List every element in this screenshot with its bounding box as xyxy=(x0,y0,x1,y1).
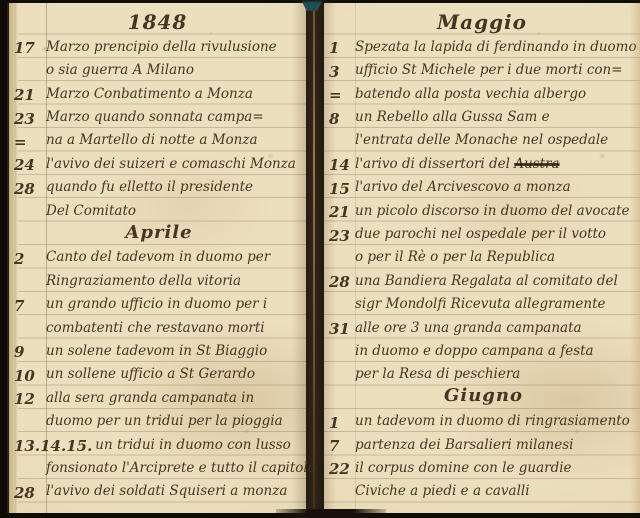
entry-text: un sollene ufficio a St Gerardo xyxy=(43,368,306,384)
entry-text: Marzo quando sonnata campa= xyxy=(43,111,306,127)
day-number: 28 xyxy=(324,275,352,290)
entry-text: sigr Mondolfi Ricevuta allegramente xyxy=(352,298,640,314)
diary-line: Giugno xyxy=(324,384,640,407)
entry-text: combatenti che restavano morti xyxy=(43,322,306,338)
day-number: 17 xyxy=(9,41,43,56)
day-number: 23 xyxy=(9,112,43,127)
entry-text-main: un solene tadevom in St Biaggio xyxy=(46,343,267,359)
day-number: = xyxy=(9,135,43,150)
diary-line: 31 alle ore 3 una granda campanata xyxy=(324,314,640,337)
entry-text: l'avivo dei soldati Squiseri a monza xyxy=(43,485,306,501)
diary-line: 23 Marzo quando sonnata campa= xyxy=(9,103,306,126)
day-number: 2 xyxy=(9,252,43,267)
diary-line: 3 ufficio St Michele per i due morti con… xyxy=(324,56,640,79)
diary-line: l'entrata delle Monache nel ospedale xyxy=(324,127,640,150)
entry-text-main: un tridui in duomo con lusso xyxy=(95,437,290,453)
entry-text-main: un sollene ufficio a St Gerardo xyxy=(46,366,255,382)
diary-line: 28 una Bandiera Regalata al comitato del xyxy=(324,267,640,290)
entry-text-main: l'avivo dei soldati Squiseri a monza xyxy=(46,483,287,499)
day-number: 1 xyxy=(324,416,352,431)
diary-line: = na a Martello di notte a Monza xyxy=(9,127,306,150)
entry-text: il corpus domine con le guardie xyxy=(352,462,640,478)
diary-line: 13.14.15. un tridui in duomo con lusso xyxy=(9,431,306,454)
entry-text: Ringraziamento della vitoria xyxy=(43,275,306,291)
diary-line: 10 un sollene ufficio a St Gerardo xyxy=(9,360,306,383)
entry-text: o per il Rè o per la Republica xyxy=(352,251,640,267)
day-number: 21 xyxy=(9,88,43,103)
entry-text: batendo alla posta vechia albergo xyxy=(352,88,640,104)
entry-text: Marzo Conbatimento a Monza xyxy=(43,88,306,104)
page-edge-highlight xyxy=(630,3,640,513)
gutter-crease xyxy=(313,0,315,518)
entry-text: Civiche a piedi e a cavalli xyxy=(352,485,640,501)
entry-text: Marzo prencipio della rivulusione xyxy=(43,41,306,57)
day-number: 28 xyxy=(9,486,43,501)
diary-line: o per il Rè o per la Republica xyxy=(324,244,640,267)
diary-line: 8 un Rebello alla Gussa Sam e xyxy=(324,103,640,126)
day-number: = xyxy=(324,88,352,103)
entry-text-main: l'entrata delle Monache nel ospedale xyxy=(355,132,608,148)
diary-line: 17 Marzo prencipio della rivulusione xyxy=(9,33,306,56)
left-page-title: 1848 xyxy=(9,3,306,33)
entry-text: l'arivo di dissertori del Austra xyxy=(352,158,640,174)
entry-text-main: Marzo prencipio della rivulusione xyxy=(46,39,277,55)
entry-text: due parochi nel ospedale per il votto xyxy=(352,228,640,244)
diary-book: 1848 17 Marzo prencipio della rivulusion… xyxy=(0,0,640,518)
entry-text-main: sigr Mondolfi Ricevuta allegramente xyxy=(355,296,606,312)
diary-line: 21 un picolo discorso in duomo del avoca… xyxy=(324,197,640,220)
entry-text-main: alle ore 3 una granda campanata xyxy=(355,320,582,336)
entry-text: fonsionato l'Arciprete e tutto il capito… xyxy=(43,462,316,478)
diary-line: 28 l'avivo dei soldati Squiseri a monza xyxy=(9,477,306,500)
entry-text-main: partenza dei Barsalieri milanesi xyxy=(355,437,573,453)
diary-line: fonsionato l'Arciprete e tutto il capito… xyxy=(9,454,306,477)
entry-text-main: una Bandiera Regalata al comitato del xyxy=(355,273,618,289)
entry-text: Giugno xyxy=(324,387,640,407)
diary-line: 22 il corpus domine con le guardie xyxy=(324,454,640,477)
entry-text: una Bandiera Regalata al comitato del xyxy=(352,275,640,291)
day-number: 14 xyxy=(324,158,352,173)
entry-text-main: ufficio St Michele per i due morti con= xyxy=(355,62,623,78)
diary-line: Aprile xyxy=(9,220,306,243)
diary-line: 7 partenza dei Barsalieri milanesi xyxy=(324,431,640,454)
entry-text-main: l'arivo di dissertori del xyxy=(355,156,514,172)
entry-text: l'avivo dei suizeri e comaschi Monza xyxy=(43,158,306,174)
entry-text: Canto del tadevom in duomo per xyxy=(43,251,306,267)
day-number: 13.14.15. xyxy=(9,439,92,454)
entry-text: un solene tadevom in St Biaggio xyxy=(43,345,306,361)
entry-text-main: o per il Rè o per la Republica xyxy=(355,249,555,265)
entry-text-main: batendo alla posta vechia albergo xyxy=(355,86,586,102)
entry-text: Del Comitato xyxy=(43,205,306,221)
entry-text-main: Aprile xyxy=(125,222,192,243)
diary-line: in duomo e doppo campana a festa xyxy=(324,337,640,360)
diary-line: 28 quando fu elletto il presidente xyxy=(9,173,306,196)
entry-text-main: Spezata la lapida di ferdinando in duomo xyxy=(355,39,637,55)
entry-text-main: due parochi nel ospedale per il votto xyxy=(355,226,606,242)
entry-text-main: per la Resa di peschiera xyxy=(355,366,520,382)
diary-line: = batendo alla posta vechia albergo xyxy=(324,80,640,103)
entry-text-main: un picolo discorso in duomo del avocate xyxy=(355,203,630,219)
day-number: 31 xyxy=(324,322,352,337)
entry-text-main: Civiche a piedi e a cavalli xyxy=(355,483,530,499)
diary-line: sigr Mondolfi Ricevuta allegramente xyxy=(324,290,640,313)
day-number: 22 xyxy=(324,462,352,477)
entry-text-main: Ringraziamento della vitoria xyxy=(46,273,241,289)
entry-text: in duomo e doppo campana a festa xyxy=(352,345,640,361)
entry-text-main: fonsionato l'Arciprete e tutto il capito… xyxy=(46,460,316,476)
entry-text-main: na a Martello di notte a Monza xyxy=(46,132,258,148)
entry-text: na a Martello di notte a Monza xyxy=(43,134,306,150)
entry-text: o sia guerra A Milano xyxy=(43,64,306,80)
entry-text: un tridui in duomo con lusso xyxy=(92,439,306,455)
left-page: 1848 17 Marzo prencipio della rivulusion… xyxy=(7,3,306,513)
entry-text: alle ore 3 una granda campanata xyxy=(352,322,640,338)
struck-word: Austra xyxy=(514,156,559,172)
entry-text-main: un grando ufficio in duomo per i xyxy=(46,296,267,312)
diary-line: 14 l'arivo di dissertori del Austra xyxy=(324,150,640,173)
entry-text: Spezata la lapida di ferdinando in duomo xyxy=(352,41,640,57)
entry-text: un picolo discorso in duomo del avocate xyxy=(352,205,640,221)
entry-text-main: il corpus domine con le guardie xyxy=(355,460,572,476)
entry-text-main: Marzo Conbatimento a Monza xyxy=(46,86,253,102)
diary-line: per la Resa di peschiera xyxy=(324,360,640,383)
entry-text-main: un tadevom in duomo di ringrasiamento xyxy=(355,413,630,429)
left-page-lines: 17 Marzo prencipio della rivulusione o s… xyxy=(9,33,306,501)
entry-text: un grando ufficio in duomo per i xyxy=(43,298,306,314)
diary-line: 9 un solene tadevom in St Biaggio xyxy=(9,337,306,360)
spine-binding-bottom xyxy=(276,509,386,518)
entry-text-main: quando fu elletto il presidente xyxy=(46,179,253,195)
entry-text-main: Del Comitato xyxy=(46,203,136,219)
diary-line: 2 Canto del tadevom in duomo per xyxy=(9,244,306,267)
entry-text: alla sera granda campanata in xyxy=(43,392,306,408)
diary-line: 15 l'arivo del Arcivescovo a monza xyxy=(324,173,640,196)
entry-text: un Rebello alla Gussa Sam e xyxy=(352,111,640,127)
entry-text: per la Resa di peschiera xyxy=(352,368,640,384)
diary-line: Ringraziamento della vitoria xyxy=(9,267,306,290)
day-number: 10 xyxy=(9,369,43,384)
diary-line: 1 Spezata la lapida di ferdinando in duo… xyxy=(324,33,640,56)
day-number: 15 xyxy=(324,182,352,197)
entry-text-main: combatenti che restavano morti xyxy=(46,320,265,336)
entry-text-main: un Rebello alla Gussa Sam e xyxy=(355,109,550,125)
diary-line: 7 un grando ufficio in duomo per i xyxy=(9,290,306,313)
day-number: 1 xyxy=(324,41,352,56)
entry-text-main: l'avivo dei suizeri e comaschi Monza xyxy=(46,156,296,172)
entry-text: l'entrata delle Monache nel ospedale xyxy=(352,134,640,150)
entry-text-main: in duomo e doppo campana a festa xyxy=(355,343,594,359)
entry-text: l'arivo del Arcivescovo a monza xyxy=(352,181,640,197)
day-number: 12 xyxy=(9,392,43,407)
diary-line: Del Comitato xyxy=(9,197,306,220)
right-page-lines: 1 Spezata la lapida di ferdinando in duo… xyxy=(324,33,640,501)
diary-line: o sia guerra A Milano xyxy=(9,56,306,79)
diary-line: 12 alla sera granda campanata in xyxy=(9,384,306,407)
day-number: 21 xyxy=(324,205,352,220)
entry-text-main: Giugno xyxy=(444,385,523,406)
entry-text-main: duomo per un tridui per la pioggia xyxy=(46,413,283,429)
day-number: 28 xyxy=(9,182,43,197)
top-edge-shadow xyxy=(0,0,640,3)
day-number: 9 xyxy=(9,345,43,360)
right-page: Maggio 1 Spezata la lapida di ferdinando… xyxy=(324,3,640,513)
entry-text: duomo per un tridui per la pioggia xyxy=(43,415,306,431)
diary-line: combatenti che restavano morti xyxy=(9,314,306,337)
entry-text-main: Canto del tadevom in duomo per xyxy=(46,249,270,265)
day-number: 23 xyxy=(324,229,352,244)
right-page-title: Maggio xyxy=(324,3,640,33)
entry-text: partenza dei Barsalieri milanesi xyxy=(352,439,640,455)
entry-text: un tadevom in duomo di ringrasiamento xyxy=(352,415,640,431)
entry-text-main: o sia guerra A Milano xyxy=(46,62,194,78)
diary-line: 1 un tadevom in duomo di ringrasiamento xyxy=(324,407,640,430)
entry-text-main: Marzo quando sonnata campa= xyxy=(46,109,264,125)
diary-line: duomo per un tridui per la pioggia xyxy=(9,407,306,430)
diary-line: 24 l'avivo dei suizeri e comaschi Monza xyxy=(9,150,306,173)
entry-text-main: l'arivo del Arcivescovo a monza xyxy=(355,179,571,195)
day-number: 7 xyxy=(9,299,43,314)
entry-text: Aprile xyxy=(9,224,306,244)
day-number: 24 xyxy=(9,158,43,173)
entry-text-main: alla sera granda campanata in xyxy=(46,390,254,406)
diary-line: Civiche a piedi e a cavalli xyxy=(324,477,640,500)
diary-line: 23 due parochi nel ospedale per il votto xyxy=(324,220,640,243)
diary-line: 21 Marzo Conbatimento a Monza xyxy=(9,80,306,103)
entry-text: quando fu elletto il presidente xyxy=(43,181,306,197)
day-number: 7 xyxy=(324,439,352,454)
entry-text: ufficio St Michele per i due morti con= xyxy=(352,64,640,80)
day-number: 8 xyxy=(324,112,352,127)
day-number: 3 xyxy=(324,65,352,80)
